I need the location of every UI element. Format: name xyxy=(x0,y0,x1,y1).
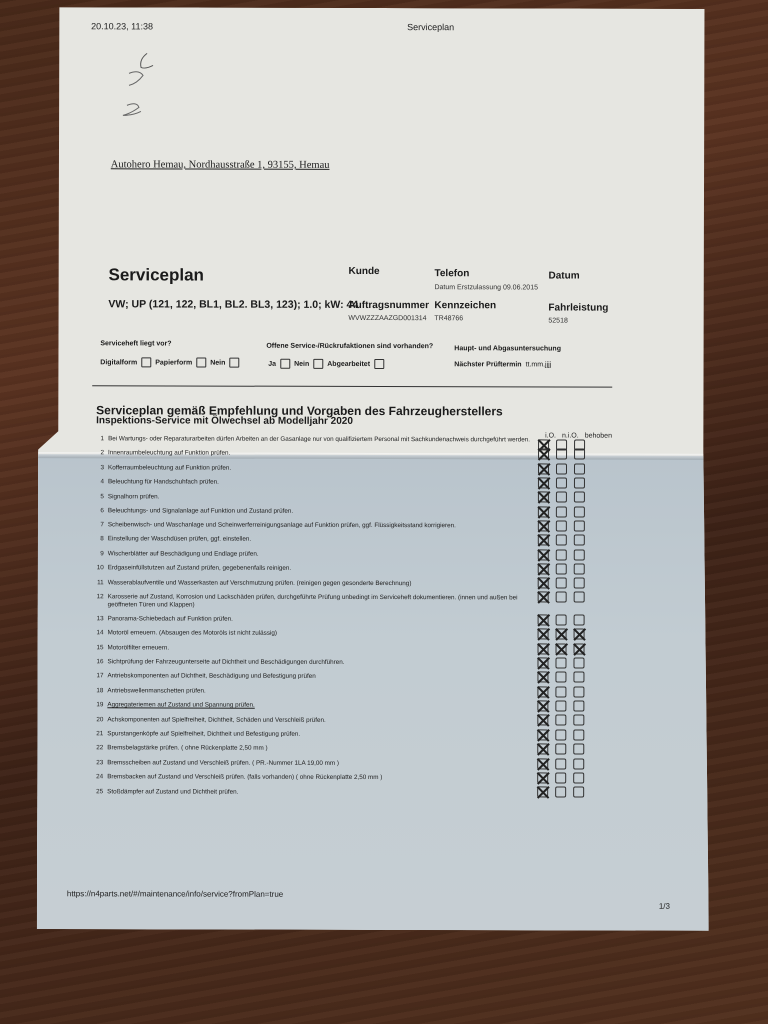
item-number: 3 xyxy=(90,464,108,472)
checkbox-behoben[interactable] xyxy=(574,629,585,640)
item-number: 1 xyxy=(90,435,108,443)
checkbox-io[interactable] xyxy=(537,729,548,740)
item-text: Bei Wartungs- oder Reparaturarbeiten dür… xyxy=(108,435,530,444)
checkbox-behoben[interactable] xyxy=(574,492,585,503)
checkbox-ja[interactable] xyxy=(280,359,290,369)
checkbox-behoben[interactable] xyxy=(573,773,584,784)
checkbox-io[interactable] xyxy=(538,549,549,560)
list-item: 5Signalhorn prüfen. xyxy=(90,493,560,502)
checkbox-serviceheft-nein[interactable] xyxy=(229,358,239,368)
list-item: 23Bremsscheiben auf Zustand und Verschle… xyxy=(89,759,559,768)
next-pruef-label: Nächster Prüftermin xyxy=(454,361,521,368)
check-row xyxy=(537,787,584,798)
list-item: 6Beleuchtungs- und Signalanlage auf Funk… xyxy=(90,507,560,516)
telefon-label: Telefon xyxy=(434,268,469,279)
item-text: Bremsscheiben auf Zustand und Verschleiß… xyxy=(107,759,559,768)
checkbox-nio[interactable] xyxy=(555,744,566,755)
item-number: 20 xyxy=(89,716,107,724)
item-number: 10 xyxy=(90,564,108,572)
option-nein-label: Nein xyxy=(210,359,225,366)
item-text: Achskomponenten auf Spielfreiheit, Dicht… xyxy=(107,716,559,725)
option-digitalform-label: Digitalform xyxy=(100,359,137,366)
checkbox-nio[interactable] xyxy=(555,715,566,726)
kunde-label: Kunde xyxy=(349,266,380,277)
checkbox-behoben[interactable] xyxy=(574,563,585,574)
fahrleistung-label: Fahrleistung xyxy=(548,302,608,313)
item-number: 12 xyxy=(90,593,108,609)
checkbox-io[interactable] xyxy=(538,592,549,603)
checkbox-nio[interactable] xyxy=(556,643,567,654)
checkbox-nio[interactable] xyxy=(555,672,566,683)
checkbox-nio[interactable] xyxy=(555,787,566,798)
check-row xyxy=(537,772,584,783)
check-row xyxy=(538,629,585,640)
col-behoben: behoben xyxy=(585,433,612,440)
checkbox-behoben[interactable] xyxy=(573,758,584,769)
checkbox-io[interactable] xyxy=(538,463,549,474)
rueckruf-question: Offene Service-/Rückrufaktionen sind vor… xyxy=(266,343,433,350)
item-text: Einstellung der Waschdüsen prüfen, ggf. … xyxy=(108,536,560,545)
list-item: 25Stoßdämpfer auf Zustand und Dichtheit … xyxy=(89,788,559,797)
item-number: 18 xyxy=(89,687,107,695)
item-text: Karosserie auf Zustand, Korrosion und La… xyxy=(108,593,530,610)
checkbox-io[interactable] xyxy=(538,492,549,503)
checkbox-io[interactable] xyxy=(538,520,549,531)
service-plan-sheet: 20.10.23, 11:38 Serviceplan Autohero Hem… xyxy=(37,7,711,931)
checkbox-nio[interactable] xyxy=(555,657,566,668)
checkbox-nio[interactable] xyxy=(556,506,567,517)
item-number: 4 xyxy=(90,478,108,486)
checkbox-nio[interactable] xyxy=(555,729,566,740)
check-row xyxy=(538,549,585,560)
checkbox-behoben[interactable] xyxy=(574,592,585,603)
checkbox-io[interactable] xyxy=(538,629,549,640)
item-number: 6 xyxy=(90,507,108,515)
list-item: 16Sichtprüfung der Fahrzeugunterseite au… xyxy=(89,658,559,667)
checkbox-io[interactable] xyxy=(537,657,548,668)
serviceheft-options: Digitalform Papierform Nein xyxy=(100,357,239,367)
check-row xyxy=(537,729,584,740)
list-item: 9Wischerblätter auf Beschädigung und End… xyxy=(90,550,560,559)
item-text: Aggregateriemen auf Zustand und Spannung… xyxy=(107,702,559,711)
checkbox-io[interactable] xyxy=(538,563,549,574)
item-number: 13 xyxy=(90,615,108,623)
check-row xyxy=(538,614,585,625)
list-item: 1Bei Wartungs- oder Reparaturarbeiten dü… xyxy=(90,435,530,444)
checkbox-nio[interactable] xyxy=(556,629,567,640)
checkbox-io[interactable] xyxy=(538,506,549,517)
item-text: Motorölfilter erneuern. xyxy=(108,644,560,653)
print-datetime: 20.10.23, 11:38 xyxy=(91,21,153,31)
list-item: 22Bremsbelagstärke prüfen. ( ohne Rücken… xyxy=(89,745,559,754)
checkbox-behoben[interactable] xyxy=(574,506,585,517)
checkbox-nio[interactable] xyxy=(555,758,566,769)
checkbox-nio[interactable] xyxy=(555,686,566,697)
vehicle-description: VW; UP (121, 122, BL1, BL2. BL3, 123); 1… xyxy=(108,298,358,311)
check-row xyxy=(537,657,584,668)
list-item: 4Beleuchtung für Handschuhfach prüfen. xyxy=(90,478,560,487)
kennzeichen-label: Kennzeichen xyxy=(434,300,496,311)
page-title: Serviceplan xyxy=(108,265,204,285)
footer-url: https://n4parts.net/#/maintenance/info/s… xyxy=(67,889,283,899)
item-text: Antriebskomponenten auf Dichtheit, Besch… xyxy=(107,673,559,682)
checkbox-behoben[interactable] xyxy=(573,787,584,798)
check-row xyxy=(537,686,584,697)
checkbox-behoben[interactable] xyxy=(573,686,584,697)
checkbox-io[interactable] xyxy=(537,715,548,726)
list-item: 13Panorama-Schiebedach auf Funktion prüf… xyxy=(90,615,560,624)
checkbox-io[interactable] xyxy=(538,449,549,460)
list-item: 12Karosserie auf Zustand, Korrosion und … xyxy=(90,593,530,610)
checkbox-io[interactable] xyxy=(537,772,548,783)
checkbox-behoben[interactable] xyxy=(573,657,584,668)
item-number: 11 xyxy=(90,579,108,587)
auftragsnummer-value: WVWZZZAAZGD001314 xyxy=(348,315,426,322)
list-item: 11Wasserablaufventile und Wasserkasten a… xyxy=(90,579,560,588)
check-row xyxy=(538,535,585,546)
checkbox-io[interactable] xyxy=(537,758,548,769)
checkbox-nio[interactable] xyxy=(556,549,567,560)
rueckruf-options: Ja Nein Abgearbeitet xyxy=(268,359,384,369)
checkbox-io[interactable] xyxy=(537,672,548,683)
checkbox-nio[interactable] xyxy=(556,492,567,503)
check-row xyxy=(538,592,585,603)
list-item: 10Erdgaseinfüllstutzen auf Zustand prüfe… xyxy=(90,564,560,573)
item-number: 16 xyxy=(89,658,107,666)
item-number: 25 xyxy=(89,788,107,796)
item-text: Spurstangenköpfe auf Spielfreiheit, Dich… xyxy=(107,730,559,739)
item-number: 15 xyxy=(90,644,108,652)
item-text: Erdgaseinfüllstutzen auf Zustand prüfen,… xyxy=(108,564,560,573)
list-item: 21Spurstangenköpfe auf Spielfreiheit, Di… xyxy=(89,730,559,739)
list-item: 2Innenraumbeleuchtung auf Funktion prüfe… xyxy=(90,450,560,459)
checkbox-nio[interactable] xyxy=(555,701,566,712)
item-number: 24 xyxy=(89,773,107,781)
item-text: Panorama-Schiebedach auf Funktion prüfen… xyxy=(108,615,560,624)
item-text: Scheibenwisch- und Waschanlage und Schei… xyxy=(108,521,530,530)
checkbox-nio[interactable] xyxy=(556,592,567,603)
item-text: Wasserablaufventile und Wasserkasten auf… xyxy=(108,579,560,588)
datum-label: Datum xyxy=(548,270,579,281)
option-rueckruf-nein-label: Nein xyxy=(294,360,309,367)
checkbox-io[interactable] xyxy=(537,787,548,798)
option-papierform-label: Papierform xyxy=(155,359,192,366)
item-text: Wischerblätter auf Beschädigung und Endl… xyxy=(108,550,560,559)
checkbox-nio[interactable] xyxy=(556,614,567,625)
item-number: 21 xyxy=(89,730,107,738)
list-item: 14Motoröl erneuern. (Absaugen des Motorö… xyxy=(90,630,560,639)
check-row xyxy=(538,449,585,460)
list-item: 8Einstellung der Waschdüsen prüfen, ggf.… xyxy=(90,536,560,545)
checkbox-nio[interactable] xyxy=(556,563,567,574)
item-text: Kofferraumbeleuchtung auf Funktion prüfe… xyxy=(108,464,560,473)
checkbox-behoben[interactable] xyxy=(574,549,585,560)
check-row xyxy=(538,520,585,531)
checklist: 1Bei Wartungs- oder Reparaturarbeiten dü… xyxy=(89,435,560,797)
list-item: 24Bremsbacken auf Zustand und Verschleiß… xyxy=(89,773,559,782)
checkbox-behoben[interactable] xyxy=(574,449,585,460)
item-text: Motoröl erneuern. (Absaugen des Motoröls… xyxy=(108,630,560,639)
checkbox-io[interactable] xyxy=(537,686,548,697)
item-number: 9 xyxy=(90,550,108,558)
checkbox-behoben[interactable] xyxy=(574,578,585,589)
checkbox-behoben[interactable] xyxy=(574,643,585,654)
hu-label: Haupt- und Abgasuntersuchung xyxy=(454,345,561,352)
checkbox-io[interactable] xyxy=(538,614,549,625)
item-number: 23 xyxy=(89,759,107,767)
item-number: 8 xyxy=(90,536,108,544)
check-row xyxy=(538,477,585,488)
list-item: 18Antriebswellenmanschetten prüfen. xyxy=(89,687,559,696)
check-row xyxy=(538,492,585,503)
check-row xyxy=(537,715,584,726)
item-text: Beleuchtungs- und Signalanlage auf Funkt… xyxy=(108,507,560,516)
check-row xyxy=(538,563,585,574)
item-number: 17 xyxy=(89,673,107,681)
item-number: 19 xyxy=(89,702,107,710)
divider xyxy=(92,385,612,387)
checkbox-papierform[interactable] xyxy=(196,358,206,368)
item-text: Sichtprüfung der Fahrzeugunterseite auf … xyxy=(107,658,559,667)
checkbox-nio[interactable] xyxy=(555,772,566,783)
checkbox-behoben[interactable] xyxy=(573,701,584,712)
handwritten-scribble-icon xyxy=(79,45,169,125)
checkbox-behoben[interactable] xyxy=(574,478,585,489)
item-text: Antriebswellenmanschetten prüfen. xyxy=(107,687,559,696)
checkbox-io[interactable] xyxy=(537,744,548,755)
checkbox-nio[interactable] xyxy=(556,463,567,474)
checkbox-io[interactable] xyxy=(538,643,549,654)
item-number: 14 xyxy=(90,630,108,638)
next-pruef-value: tt.mm.jjjj xyxy=(526,361,552,368)
check-row xyxy=(538,463,585,474)
kennzeichen-value: TR48766 xyxy=(434,315,463,322)
page-number: 1/3 xyxy=(659,902,670,911)
item-text: Innenraumbeleuchtung auf Funktion prüfen… xyxy=(108,450,560,459)
hu-next-date: Nächster Prüftermin tt.mm.jjjj xyxy=(454,361,551,368)
section-subtitle: Inspektions-Service mit Ölwechsel ab Mod… xyxy=(96,415,353,427)
check-row xyxy=(537,700,584,711)
list-item: 3Kofferraumbeleuchtung auf Funktion prüf… xyxy=(90,464,560,473)
erstzulassung: Datum Erstzulassung 09.06.2015 xyxy=(434,284,538,291)
checkbox-abgearbeitet[interactable] xyxy=(374,359,384,369)
checkbox-behoben[interactable] xyxy=(574,520,585,531)
check-row xyxy=(538,506,585,517)
checkbox-nio[interactable] xyxy=(556,535,567,546)
check-row xyxy=(538,643,585,654)
list-item: 7Scheibenwisch- und Waschanlage und Sche… xyxy=(90,521,530,530)
workshop-address: Autohero Hemau, Nordhausstraße 1, 93155,… xyxy=(111,159,330,171)
item-text: Bremsbelagstärke prüfen. ( ohne Rückenpl… xyxy=(107,745,559,754)
serviceheft-question: Serviceheft liegt vor? xyxy=(100,340,171,347)
item-number: 2 xyxy=(90,450,108,458)
list-item: 17Antriebskomponenten auf Dichtheit, Bes… xyxy=(89,673,559,682)
fahrleistung-value: 52518 xyxy=(548,317,567,324)
item-text: Signalhorn prüfen. xyxy=(108,493,560,502)
checkbox-io[interactable] xyxy=(538,578,549,589)
checkbox-behoben[interactable] xyxy=(573,715,584,726)
print-title: Serviceplan xyxy=(407,22,454,32)
checkbox-nio[interactable] xyxy=(556,477,567,488)
list-item: 19Aggregateriemen auf Zustand und Spannu… xyxy=(89,702,559,711)
item-text: Bremsbacken auf Zustand und Verschleiß p… xyxy=(107,774,559,783)
auftragsnummer-label: Auftragsnummer xyxy=(348,300,429,311)
checkbox-behoben[interactable] xyxy=(574,463,585,474)
check-row xyxy=(538,578,585,589)
checkbox-digitalform[interactable] xyxy=(141,357,151,367)
item-number: 7 xyxy=(90,521,108,529)
checkbox-rueckruf-nein[interactable] xyxy=(313,359,323,369)
check-row xyxy=(537,758,584,769)
item-text: Beleuchtung für Handschuhfach prüfen. xyxy=(108,478,560,487)
check-row xyxy=(537,744,584,755)
option-abgearbeitet-label: Abgearbeitet xyxy=(327,360,370,367)
checkbox-io[interactable] xyxy=(537,700,548,711)
item-number: 22 xyxy=(89,745,107,753)
option-ja-label: Ja xyxy=(268,360,276,367)
checkbox-io[interactable] xyxy=(538,535,549,546)
checkbox-behoben[interactable] xyxy=(574,614,585,625)
checkbox-behoben[interactable] xyxy=(573,672,584,683)
checkbox-behoben[interactable] xyxy=(574,535,585,546)
checkbox-nio[interactable] xyxy=(556,520,567,531)
item-text: Stoßdämpfer auf Zustand und Dichtheit pr… xyxy=(107,788,559,797)
check-row xyxy=(537,672,584,683)
checkbox-nio[interactable] xyxy=(556,578,567,589)
list-item: 15Motorölfilter erneuern. xyxy=(90,644,560,653)
checkbox-io[interactable] xyxy=(538,477,549,488)
list-item: 20Achskomponenten auf Spielfreiheit, Dic… xyxy=(89,716,559,725)
checkbox-nio[interactable] xyxy=(556,449,567,460)
item-number: 5 xyxy=(90,493,108,501)
checkbox-behoben[interactable] xyxy=(573,729,584,740)
checkbox-behoben[interactable] xyxy=(573,744,584,755)
